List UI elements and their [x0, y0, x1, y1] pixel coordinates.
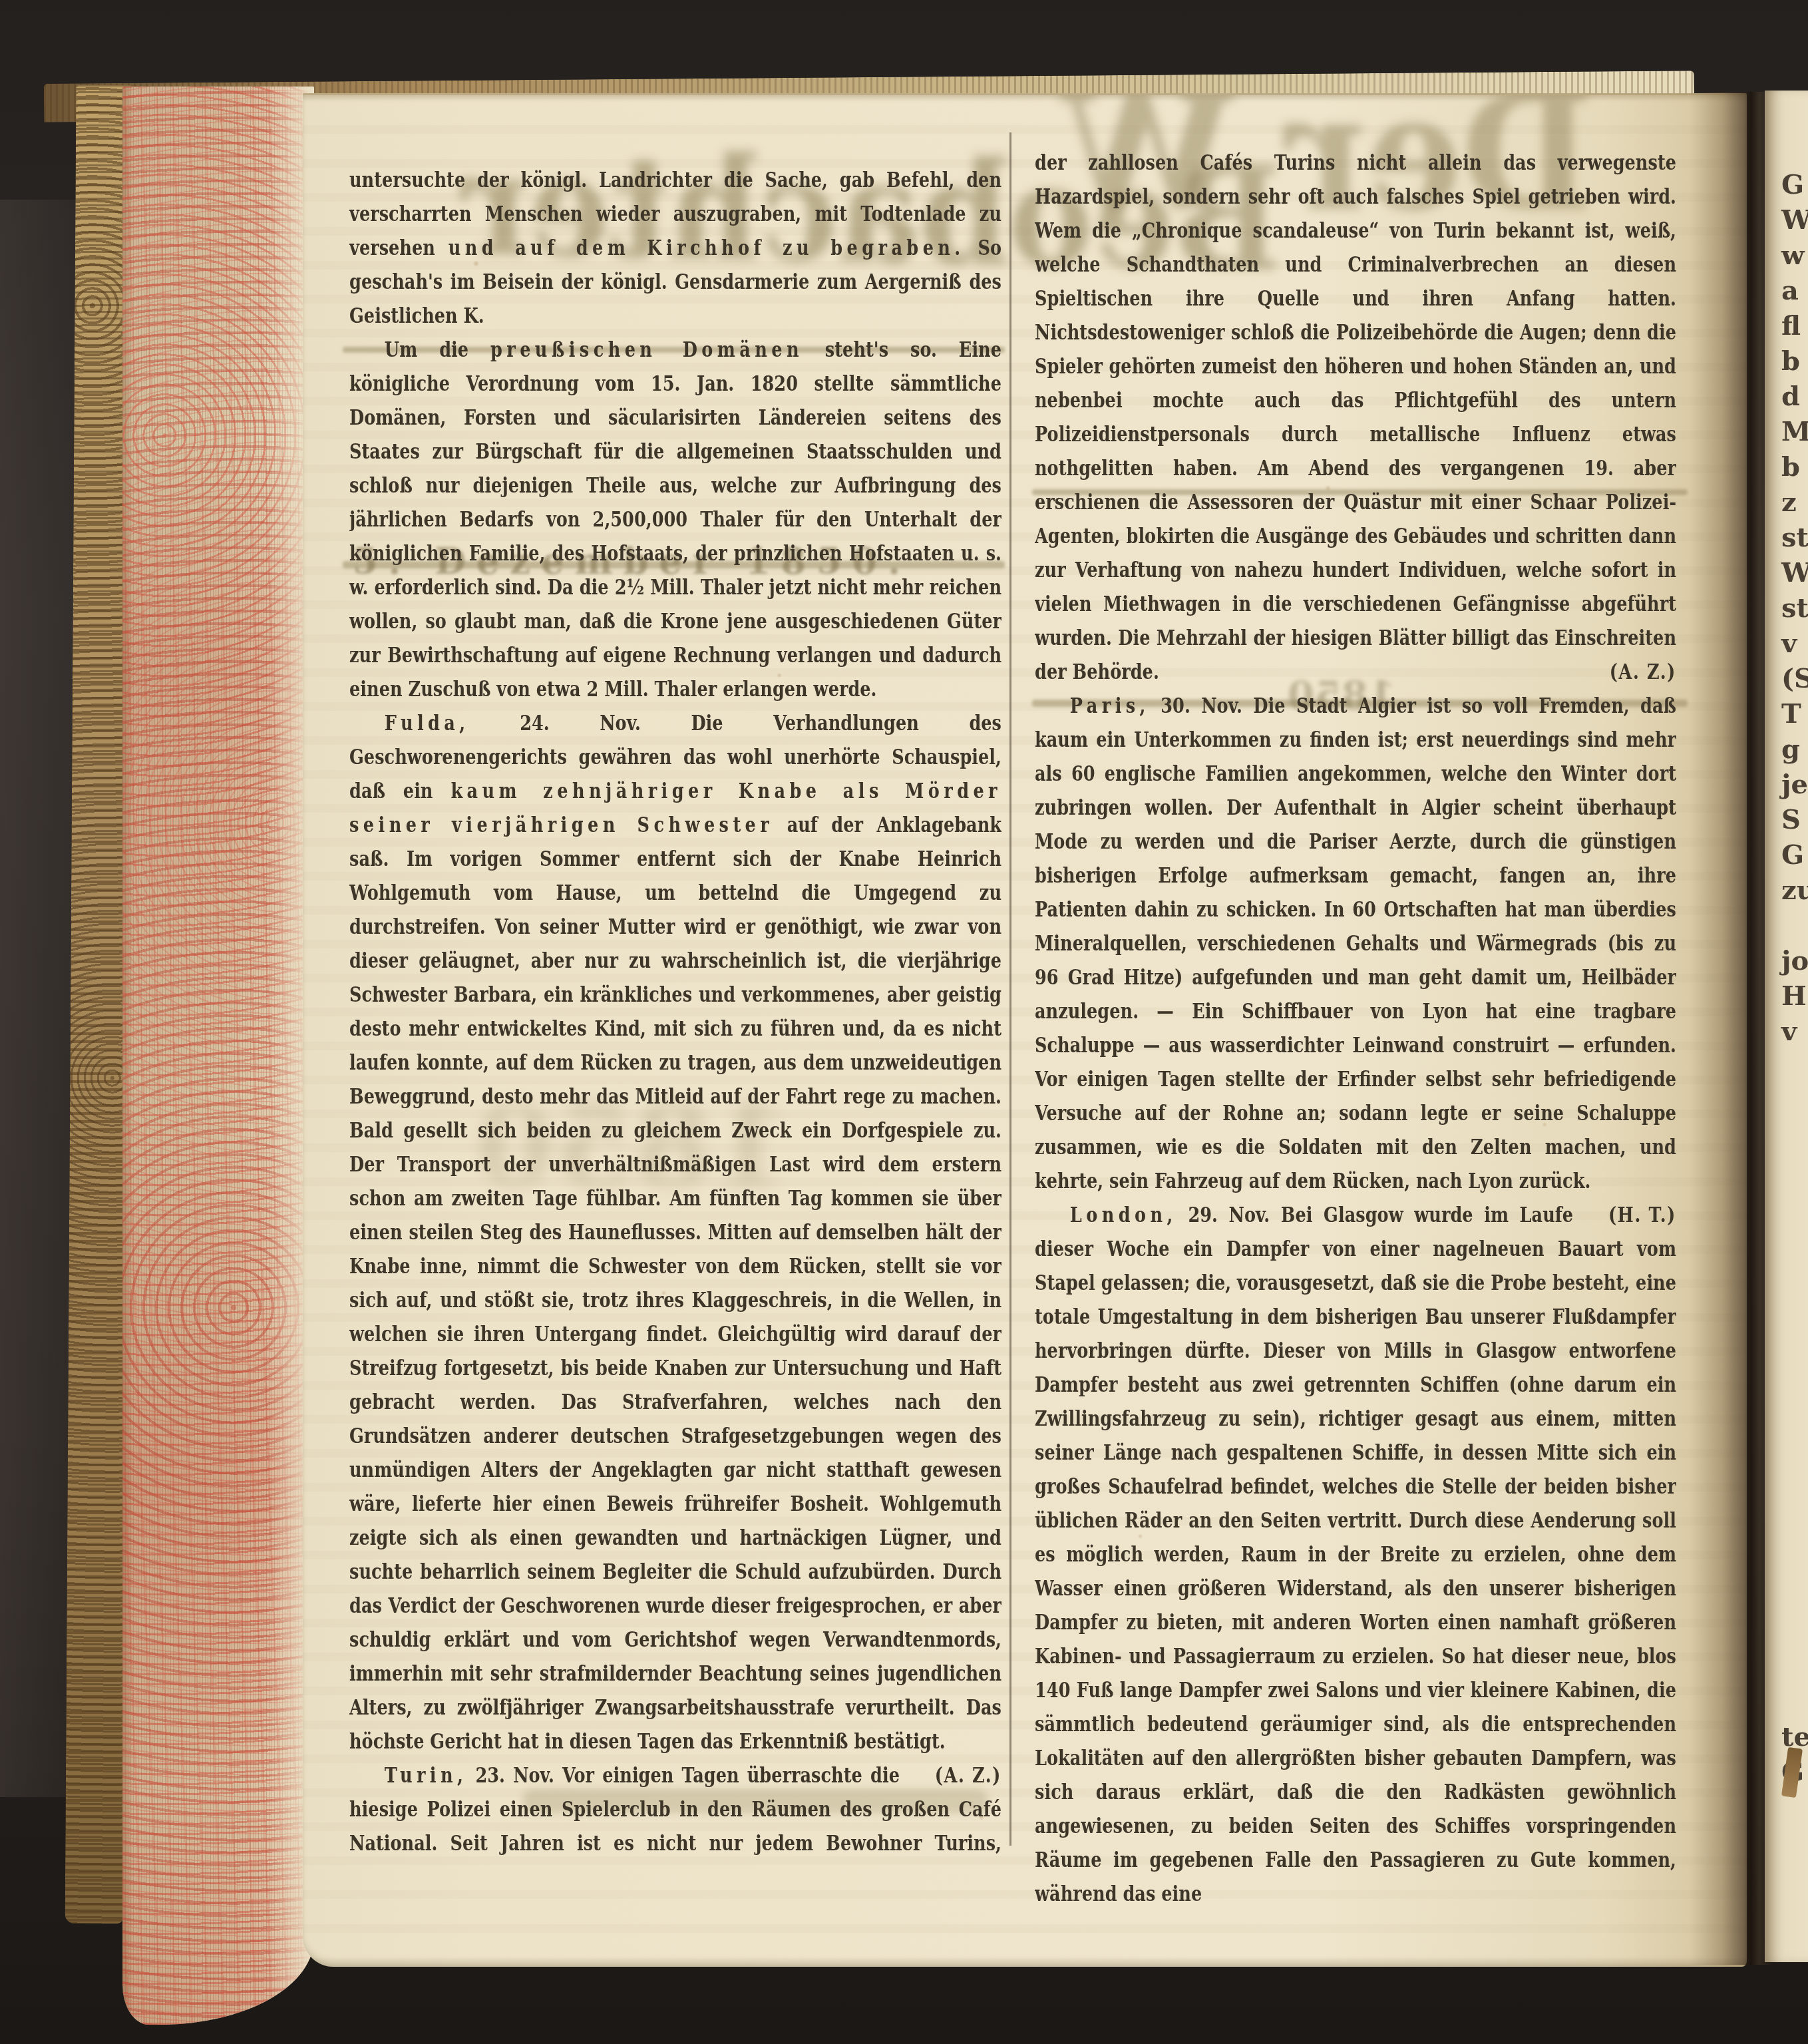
- body-text: Um die: [385, 337, 490, 362]
- facing-page-text-fragment: T: [1765, 696, 1808, 731]
- news-paragraph: Paris, 30. Nov. Die Stadt Algier ist so …: [1035, 689, 1676, 1198]
- photo-background: { "colors": { "background_dark": "#26212…: [0, 0, 1808, 2044]
- facing-page-text-fragment: [1765, 1508, 1808, 1543]
- page-fore-edges: [122, 87, 314, 2025]
- facing-page-text-fragment: st: [1765, 590, 1808, 626]
- news-paragraph: London, 29. Nov. Bei Glasgow wurde im La…: [1035, 1198, 1676, 1911]
- facing-page-text-fragment: a: [1765, 273, 1808, 308]
- facing-page-text-fragment: G: [1765, 837, 1808, 873]
- facing-page-text-fragment: [1765, 1296, 1808, 1331]
- gutter-shadow: [1689, 92, 1773, 1965]
- facing-page-text-fragment: [1765, 132, 1808, 167]
- facing-page-text-fragment: [1765, 908, 1808, 943]
- emphasized-text: Paris,: [1070, 693, 1150, 718]
- facing-page-text-fragment: jo: [1765, 943, 1808, 978]
- facing-page-text-fragment: [1765, 1578, 1808, 1613]
- facing-page-text-fragment: g: [1765, 731, 1808, 767]
- facing-page-edge: GWwaflbdMbzstWstv(STgjeSGzujoHvteG: [1765, 91, 1808, 1962]
- facing-page-text-fragment: b: [1765, 449, 1808, 485]
- facing-page-text-fragment: [1765, 1084, 1808, 1120]
- body-text: 29. Nov. Bei Glasgow wurde im Laufe dies…: [1035, 1202, 1676, 1906]
- facing-page-text-fragment: [1765, 1366, 1808, 1402]
- facing-page-text-fragment: (S: [1765, 661, 1808, 696]
- facing-page-text-fragment: je: [1765, 767, 1808, 802]
- newspaper-page: Beobachter Der W 1850 5. Dezember 1850. …: [303, 93, 1747, 1967]
- left-text-column: untersuchte der königl. Landrichter die …: [349, 163, 1001, 1867]
- facing-page-text-fragment: [1765, 1049, 1808, 1084]
- news-paragraph: untersuchte der königl. Landrichter die …: [349, 163, 1001, 333]
- facing-page-text-fragment: [1765, 1331, 1808, 1366]
- facing-page-text-fragment: H: [1765, 978, 1808, 1014]
- source-attribution: (H. T.): [1573, 1198, 1676, 1232]
- emphasized-text: und auf dem Kirchhof zu begraben.: [449, 235, 965, 260]
- facing-page-text-fragment: [1765, 1190, 1808, 1225]
- facing-page-text-fragment: [1765, 1613, 1808, 1649]
- facing-page-text-fragment: v: [1765, 1014, 1808, 1049]
- source-attribution: (A. Z.): [900, 1758, 1001, 1792]
- body-text: 30. Nov. Die Stadt Algier ist so voll Fr…: [1035, 693, 1676, 1193]
- news-paragraph: Um die preußischen Domänen steht's so. E…: [349, 333, 1001, 706]
- facing-page-text-fragment: G: [1765, 167, 1808, 202]
- facing-page-text-fragment: z: [1765, 485, 1808, 520]
- facing-page-text-fragment: S: [1765, 802, 1808, 837]
- facing-page-text-fragment: [1765, 1120, 1808, 1155]
- facing-page-text-fragment: b: [1765, 343, 1808, 379]
- facing-page-text-fragment: M: [1765, 414, 1808, 449]
- facing-page-text-fragment: [1765, 1649, 1808, 1684]
- facing-page-text-fragment: zu: [1765, 873, 1808, 908]
- facing-page-text-fragment: [1765, 1155, 1808, 1190]
- column-divider-rule: [1009, 132, 1011, 1846]
- news-paragraph: der zahllosen Cafés Turins nicht allein …: [1035, 146, 1676, 689]
- facing-page-text-fragment: st: [1765, 520, 1808, 555]
- facing-page-text-fragment: [1765, 1472, 1808, 1508]
- facing-page-text-fragment: d: [1765, 379, 1808, 414]
- body-text: auf der Anklagebank saß. Im vorigen Somm…: [349, 812, 1001, 1754]
- source-attribution: (A. Z.): [1610, 655, 1676, 689]
- news-paragraph: Fulda, 24. Nov. Die Verhandlungen des Ge…: [349, 706, 1001, 1758]
- facing-page-text-fragment: w: [1765, 238, 1808, 273]
- facing-page-text-fragment: W: [1765, 202, 1808, 238]
- facing-page-text-fragment: v: [1765, 626, 1808, 661]
- emphasized-text: Turin,: [385, 1762, 467, 1788]
- facing-page-text-fragment: [1765, 1684, 1808, 1719]
- facing-page-text-fragment: [1765, 1261, 1808, 1296]
- facing-page-text-fragment: fl: [1765, 308, 1808, 343]
- facing-page-text-fragment: [1765, 1437, 1808, 1472]
- facing-page-text-fragment: [1765, 1402, 1808, 1437]
- right-text-column: der zahllosen Cafés Turins nicht allein …: [1035, 146, 1676, 1943]
- body-text: der zahllosen Cafés Turins nicht allein …: [1035, 150, 1676, 684]
- emphasized-text: preußischen Domänen: [490, 337, 803, 362]
- facing-page-text-fragment: W: [1765, 555, 1808, 590]
- emphasized-text: Fulda,: [385, 710, 470, 735]
- emphasized-text: London,: [1070, 1202, 1177, 1227]
- facing-page-text-fragment: [1765, 1543, 1808, 1578]
- facing-page-text-fragment: [1765, 1225, 1808, 1261]
- body-text: steht's so. Eine königliche Verordnung v…: [349, 337, 1001, 702]
